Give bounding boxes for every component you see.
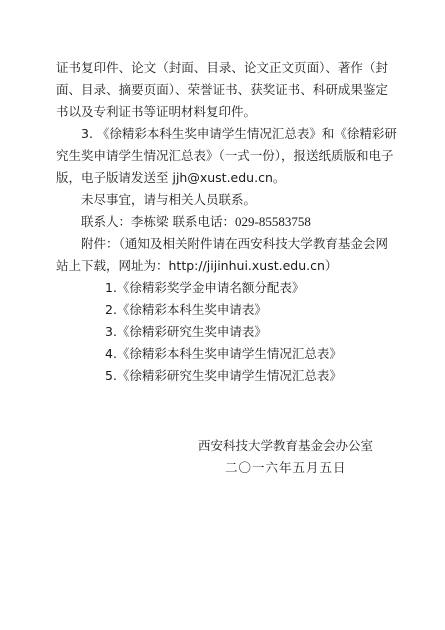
item3-line: 3. 《徐精彩本科生奖申请学生情况汇总表》和《徐精彩研 <box>81 126 388 142</box>
paragraph-line: 证书复印件、论文（封面、目录、论文正文页面）、著作（封 <box>56 60 388 76</box>
item3-line: 究生奖申请学生情况汇总表》（一式一份），报送纸质版和电子 <box>56 148 388 164</box>
contact-label: 联系人： <box>81 214 131 229</box>
attachment-note-line: 站上下载，网址为：http://jijinhui.xust.edu.cn） <box>56 258 337 274</box>
paragraph-line: 书以及专利证书等证明材料复印件。 <box>56 104 256 120</box>
contact-line: 联系人：李栋梁 联系电话：029-85583758 <box>81 214 311 230</box>
contact-phone: 029-85583758 <box>235 214 311 229</box>
notice-text: 未尽事宜，请与相关人员联系。 <box>81 192 256 208</box>
document-page: 证书复印件、论文（封面、目录、论文正文页面）、著作（封 面、目录、摘要页面）、荣… <box>0 0 445 630</box>
attachment-item: 2.《徐精彩本科生奖申请表》 <box>105 302 267 318</box>
signature-organization: 西安科技大学教育基金会办公室 <box>198 438 373 454</box>
contact-phone-label: 联系电话： <box>173 214 236 229</box>
signature-date: 二〇一六年五月五日 <box>225 460 347 476</box>
paragraph-line: 面、目录、摘要页面）、荣誉证书、获奖证书、科研成果鉴定 <box>56 82 388 98</box>
attachment-item: 5.《徐精彩研究生奖申请学生情况汇总表》 <box>105 368 342 384</box>
contact-name: 李栋梁 <box>131 214 169 229</box>
attachment-item: 1.《徐精彩奖学金申请名额分配表》 <box>105 280 304 296</box>
attachment-note-line: 附件：（通知及相关附件请在西安科技大学教育基金会网 <box>81 236 388 252</box>
attachment-item: 3.《徐精彩研究生奖申请表》 <box>105 324 267 340</box>
attachment-item: 4.《徐精彩本科生奖申请学生情况汇总表》 <box>105 346 342 362</box>
item3-line: 版，电子版请发送至 jjh@xust.edu.cn。 <box>56 170 285 186</box>
